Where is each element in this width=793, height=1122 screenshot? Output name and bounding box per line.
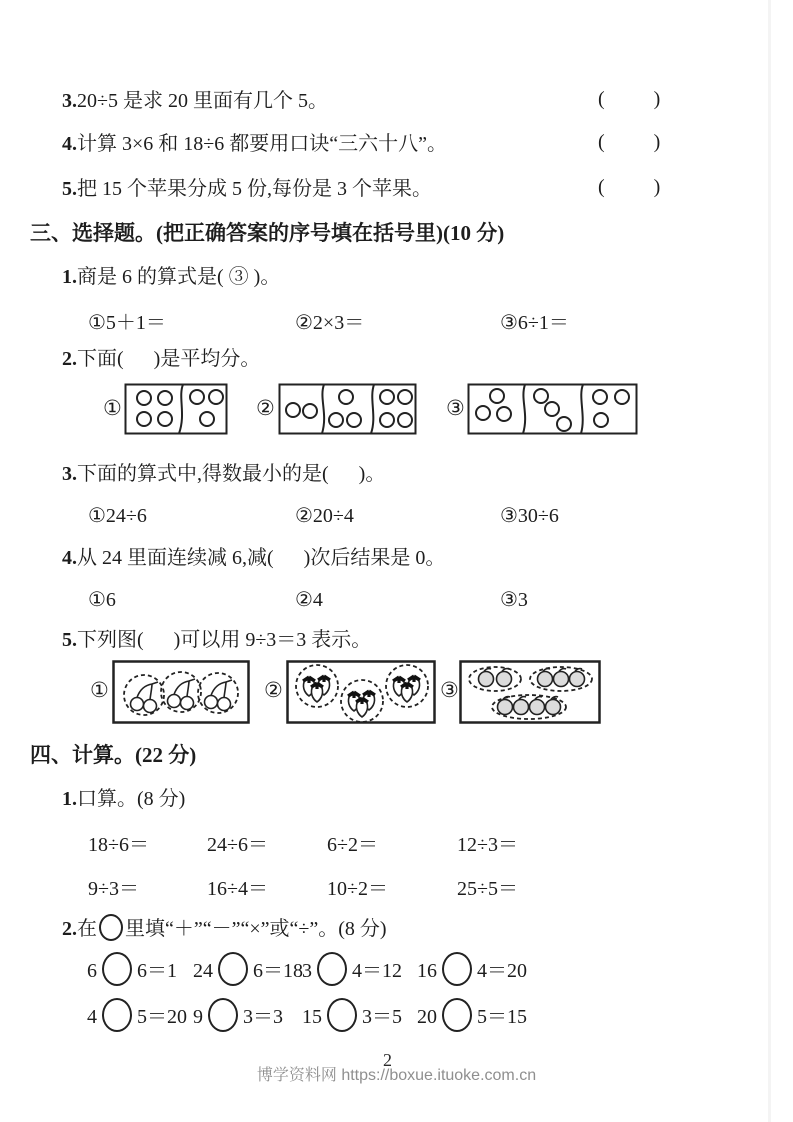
stem-text: 从 24 里面连续减 6,减( )次后结果是 0。	[77, 547, 445, 569]
operator-circle-icon	[317, 952, 347, 986]
judge-item-text: 20÷5 是求 20 里面有几个 5。	[77, 90, 328, 112]
operand: 5＝20	[137, 1006, 187, 1028]
operand: 5＝15	[477, 1006, 527, 1028]
operand: 24	[193, 960, 213, 982]
judge-item-text: 计算 3×6 和 18÷6 都要用口诀“三六十八”。	[77, 133, 447, 155]
cherry-groups-figure	[112, 660, 250, 724]
page-edge-shadow	[768, 0, 771, 1122]
figure-label: ②	[264, 678, 283, 703]
answer-bracket: ( )	[598, 131, 661, 154]
fill-item: 246＝18	[193, 952, 303, 986]
oral-item: 18÷6＝	[88, 828, 149, 857]
choice-q1-option-1: ①5＋1＝	[88, 306, 166, 335]
subtitle-text: 口算。(8 分)	[77, 788, 185, 810]
question-number: 2.	[62, 348, 77, 370]
choice-q4-stem: 4.从 24 里面连续减 6,减( )次后结果是 0。	[62, 545, 445, 571]
average-division-figure-1	[124, 383, 228, 435]
choice-q4-option-3: ③3	[500, 587, 528, 612]
operand: 20	[417, 1006, 437, 1028]
figure-label: ③	[446, 396, 465, 421]
question-number: 1.	[62, 266, 77, 288]
choice-q3-stem: 3.下面的算式中,得数最小的是( )。	[62, 461, 385, 487]
fill-operator-title: 2.在里填“＋”“－”“×”或“÷”。(8 分)	[62, 914, 387, 942]
stem-text: 商是 6 的算式是( ③ )。	[77, 266, 280, 288]
choice-q1-stem: 1.商是 6 的算式是( ③ )。	[62, 264, 280, 290]
operand: 15	[302, 1006, 322, 1028]
question-number: 5.	[62, 629, 77, 651]
operand: 3＝5	[362, 1006, 402, 1028]
oral-item: 10÷2＝	[327, 872, 388, 901]
judge-item-3: 3.20÷5 是求 20 里面有几个 5。	[62, 88, 328, 114]
question-number: 5.	[62, 178, 77, 200]
question-number: 1.	[62, 788, 77, 810]
question-number: 3.	[62, 90, 77, 112]
section-calc-heading: 四、计算。(22 分)	[30, 742, 196, 768]
fill-item: 45＝20	[87, 998, 187, 1032]
operator-circle-icon	[442, 998, 472, 1032]
figure-label: ②	[256, 396, 275, 421]
choice-q3-option-1: ①24÷6	[88, 503, 147, 528]
average-division-figure-2	[278, 383, 417, 435]
operand: 4＝20	[477, 960, 527, 982]
operand: 16	[417, 960, 437, 982]
choice-q5-stem: 5.下列图( )可以用 9÷3＝3 表示。	[62, 627, 371, 653]
figure-label: ①	[90, 678, 109, 703]
fill-item: 153＝5	[302, 998, 402, 1032]
operator-circle-icon	[218, 952, 248, 986]
operator-circle-icon	[102, 952, 132, 986]
figure-label: ③	[440, 678, 459, 703]
operand: 3	[302, 960, 312, 982]
operator-circle-icon	[442, 952, 472, 986]
oral-item: 6÷2＝	[327, 828, 378, 857]
choice-q4-option-2: ②4	[295, 587, 323, 612]
choice-q4-option-1: ①6	[88, 587, 116, 612]
question-number: 3.	[62, 463, 77, 485]
choice-q3-option-2: ②20÷4	[295, 503, 354, 528]
choice-q1-option-2: ②2×3＝	[295, 306, 364, 335]
radish-groups-figure	[286, 660, 436, 724]
fill-item: 164＝20	[417, 952, 527, 986]
operator-circle-icon	[327, 998, 357, 1032]
fill-item: 205＝15	[417, 998, 527, 1032]
judge-item-5: 5.把 15 个苹果分成 5 份,每份是 3 个苹果。	[62, 176, 432, 202]
average-division-figure-3	[467, 383, 638, 435]
stem-text: 下面( )是平均分。	[77, 348, 260, 370]
oral-item: 25÷5＝	[457, 872, 518, 901]
answer-bracket: ( )	[598, 88, 661, 111]
fill-item: 66＝1	[87, 952, 177, 986]
footer-watermark: 博学资料网 https://boxue.ituoke.com.cn	[0, 1062, 793, 1085]
choice-q3-option-3: ③30÷6	[500, 503, 559, 528]
section-choice-heading: 三、选择题。(把正确答案的序号填在括号里)(10 分)	[30, 220, 504, 246]
operand: 6＝18	[253, 960, 303, 982]
oral-item: 16÷4＝	[207, 872, 268, 901]
answer-bracket: ( )	[598, 176, 661, 199]
stem-text: 下列图( )可以用 9÷3＝3 表示。	[77, 629, 371, 651]
subtitle-text: 里填“＋”“－”“×”或“÷”。(8 分)	[125, 918, 387, 940]
peach-groups-figure	[459, 660, 601, 724]
operand: 6	[87, 960, 97, 982]
oral-calc-title: 1.口算。(8 分)	[62, 786, 185, 812]
operand: 3＝3	[243, 1006, 283, 1028]
question-number: 2.	[62, 918, 77, 940]
operand: 6＝1	[137, 960, 177, 982]
operand: 4	[87, 1006, 97, 1028]
question-number: 4.	[62, 547, 77, 569]
operator-circle-icon	[208, 998, 238, 1032]
operand: 9	[193, 1006, 203, 1028]
exam-page: 3.20÷5 是求 20 里面有几个 5。 ( ) 4.计算 3×6 和 18÷…	[0, 0, 793, 1122]
oral-item: 9÷3＝	[88, 872, 139, 901]
subtitle-text: 在	[77, 918, 97, 940]
oral-item: 24÷6＝	[207, 828, 268, 857]
fill-item: 34＝12	[302, 952, 402, 986]
judge-item-text: 把 15 个苹果分成 5 份,每份是 3 个苹果。	[77, 178, 432, 200]
operator-circle-icon	[102, 998, 132, 1032]
question-number: 4.	[62, 133, 77, 155]
stem-text: 下面的算式中,得数最小的是( )。	[77, 463, 385, 485]
oral-item: 12÷3＝	[457, 828, 518, 857]
fill-item: 93＝3	[193, 998, 283, 1032]
operand: 4＝12	[352, 960, 402, 982]
figure-label: ①	[103, 396, 122, 421]
choice-q2-stem: 2.下面( )是平均分。	[62, 346, 260, 372]
choice-q1-option-3: ③6÷1＝	[500, 306, 569, 335]
judge-item-4: 4.计算 3×6 和 18÷6 都要用口诀“三六十八”。	[62, 131, 447, 157]
operator-circle-icon	[99, 914, 123, 941]
